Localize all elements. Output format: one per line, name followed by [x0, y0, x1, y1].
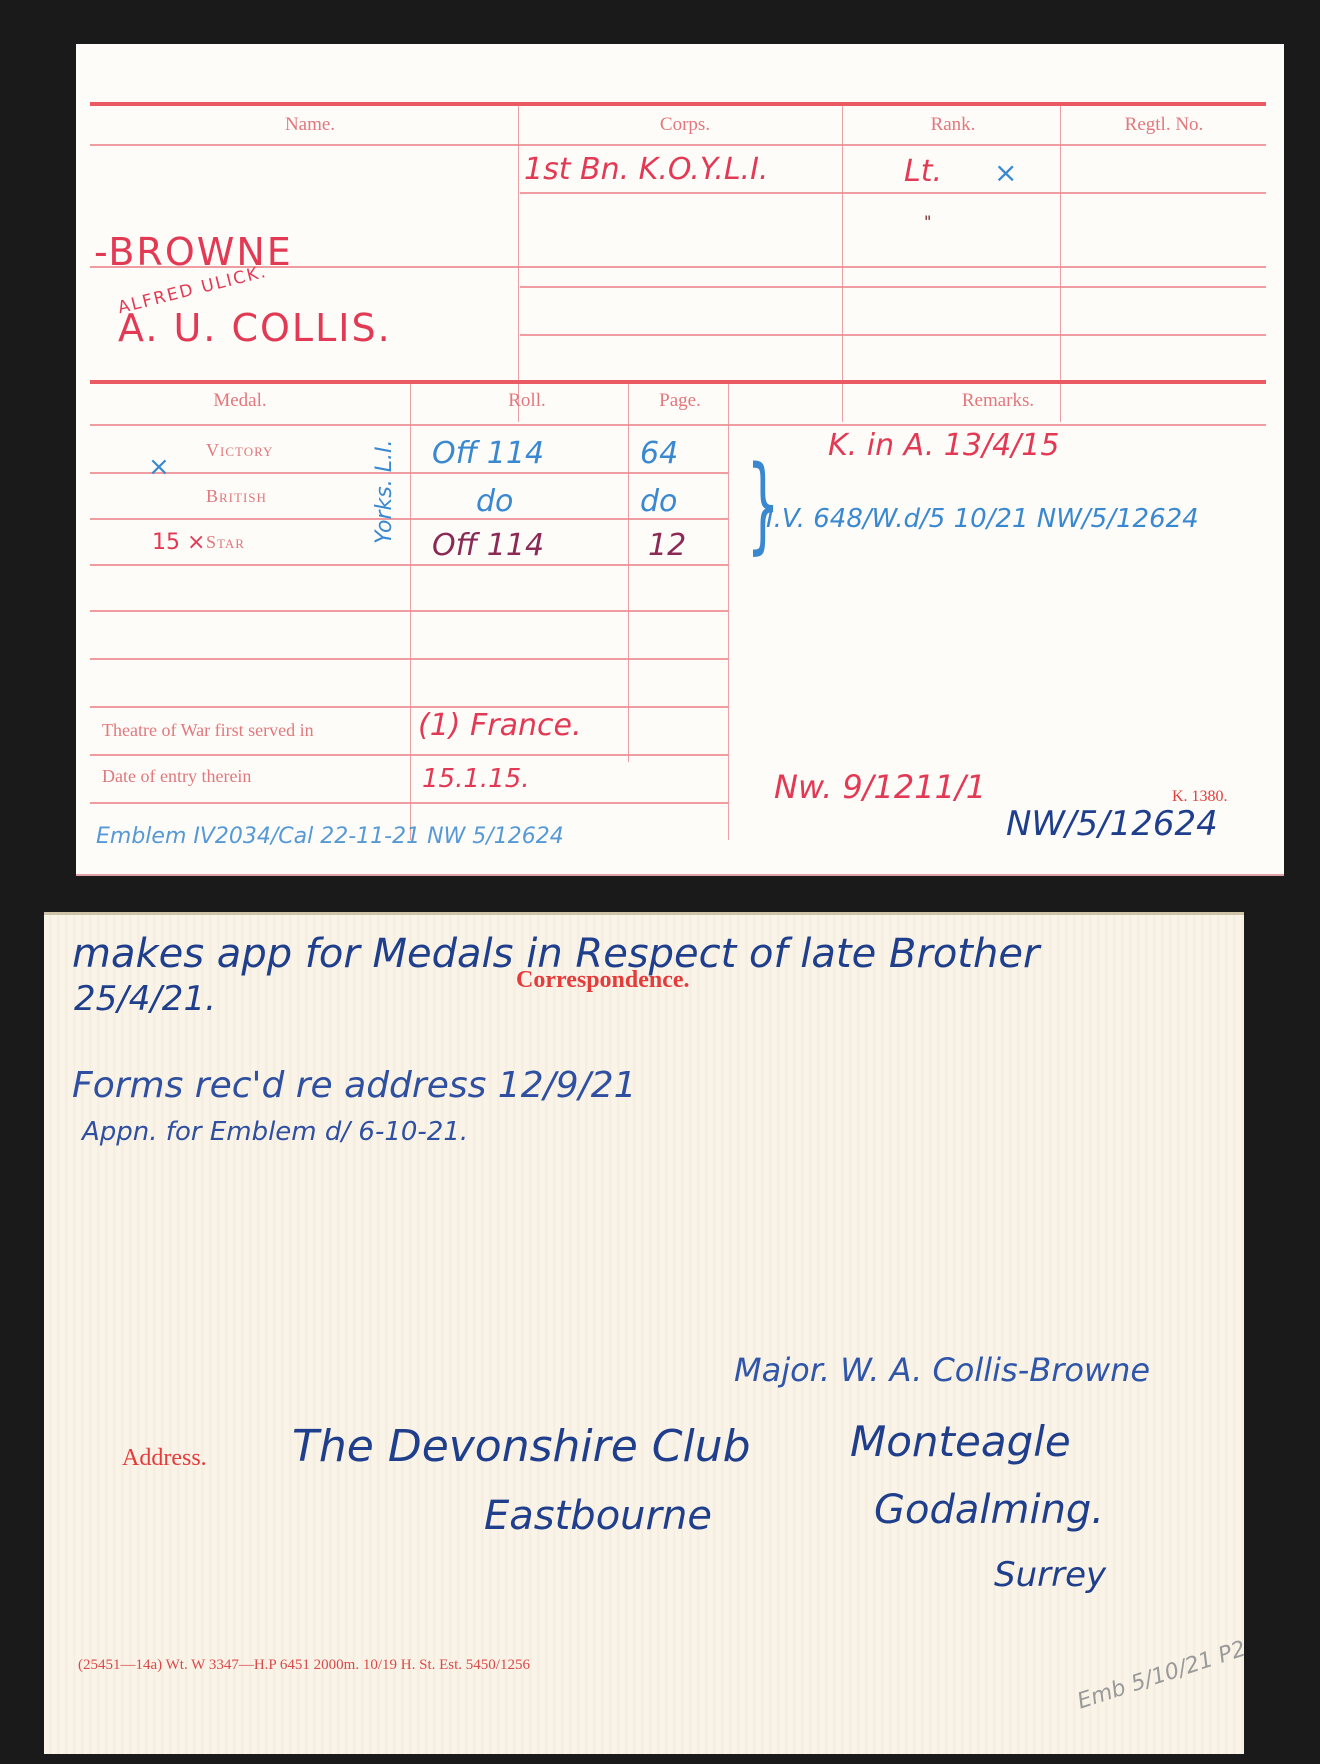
rule	[90, 802, 728, 804]
reference-blue: NW/5/12624	[1006, 804, 1218, 844]
medal-page: do	[640, 484, 677, 519]
emblem-note: Emblem IV2034/Cal 22-11-21 NW 5/12624	[96, 824, 564, 849]
medal-mark: ×	[148, 452, 170, 482]
rule	[90, 424, 1266, 426]
signature: Major. W. A. Collis-Browne	[734, 1351, 1150, 1389]
header-remarks: Remarks.	[730, 390, 1266, 412]
medal-mark: 15 ×	[152, 530, 205, 555]
pencil-note: Emb 5/10/21 P2	[1074, 1637, 1249, 1715]
reference-red: Nw. 9/1211/1	[774, 768, 986, 806]
medal-name: Victory	[206, 440, 273, 461]
address-line-1: The Devonshire Club	[292, 1421, 751, 1472]
remarks-line-2: I.V. 648/W.d/5 10/21 NW/5/12624	[766, 504, 1199, 534]
header-rank: Rank.	[844, 114, 1062, 136]
address-label: Address.	[122, 1445, 207, 1472]
divider	[518, 106, 519, 422]
rule	[520, 192, 1266, 194]
header-regtl-no: Regtl. No.	[1062, 114, 1266, 136]
entry-date-value: 15.1.15.	[422, 764, 530, 794]
rank-ditto: "	[924, 212, 931, 231]
correspondence-entry-1-date: 25/4/21.	[74, 979, 216, 1019]
medal-roll: Off 114	[432, 436, 544, 471]
medal-page: 64	[640, 436, 678, 471]
rule	[520, 334, 1266, 336]
rule	[90, 754, 728, 756]
medal-side-note: Yorks. L.I.	[372, 440, 397, 544]
address-right-line-2: Godalming.	[874, 1487, 1104, 1533]
theatre-label: Theatre of War first served in	[102, 720, 314, 741]
header-medal: Medal.	[90, 390, 390, 412]
rule	[520, 286, 1266, 288]
divider	[1060, 106, 1061, 422]
rule	[90, 518, 728, 520]
top-rule	[90, 102, 1266, 106]
medal-name: Star	[206, 532, 245, 553]
address-right-line-1: Monteagle	[850, 1417, 1071, 1466]
entry-date-label: Date of entry therein	[102, 766, 251, 787]
theatre-value: (1) France.	[418, 708, 582, 743]
divider	[728, 384, 729, 840]
header-corps: Corps.	[520, 114, 850, 136]
footer-print-code: (25451—14a) Wt. W 3347—H.P 6451 2000m. 1…	[78, 1657, 530, 1674]
correspondence-entry-2: Forms rec'd re address 12/9/21	[72, 1065, 637, 1106]
divider	[410, 384, 411, 840]
address-right-line-3: Surrey	[994, 1555, 1106, 1595]
header-name: Name.	[90, 114, 530, 136]
header-page: Page.	[628, 390, 732, 412]
correspondence-entry-1: makes app for Medals in Respect of late …	[72, 931, 1039, 977]
medal-roll: do	[476, 484, 513, 519]
rule	[90, 658, 728, 660]
rank-check-mark: ×	[994, 156, 1017, 189]
medal-index-card-back: Correspondence. makes app for Medals in …	[44, 912, 1244, 1754]
header-roll: Roll.	[412, 390, 642, 412]
address-line-2: Eastbourne	[484, 1493, 712, 1539]
rule	[90, 472, 728, 474]
rule	[90, 144, 1266, 146]
rule	[90, 564, 728, 566]
rule	[90, 610, 728, 612]
corps-value: 1st Bn. K.O.Y.L.I.	[524, 152, 768, 187]
remarks-line-1: K. in A. 13/4/15	[828, 428, 1059, 463]
medal-index-card-front: Name. Corps. Rank. Regtl. No. -BROWNE AL…	[76, 44, 1284, 876]
medal-name: British	[206, 486, 267, 507]
medal-roll: Off 114	[432, 528, 544, 563]
rule	[90, 706, 728, 708]
divider	[842, 106, 843, 422]
medal-section-rule	[90, 380, 1266, 384]
medal-page: 12	[648, 528, 686, 563]
correspondence-entry-3: Appn. for Emblem d/ 6-10-21.	[82, 1117, 468, 1147]
name-initials-surname: A. U. COLLIS.	[118, 306, 392, 350]
rank-value: Lt.	[904, 154, 942, 189]
